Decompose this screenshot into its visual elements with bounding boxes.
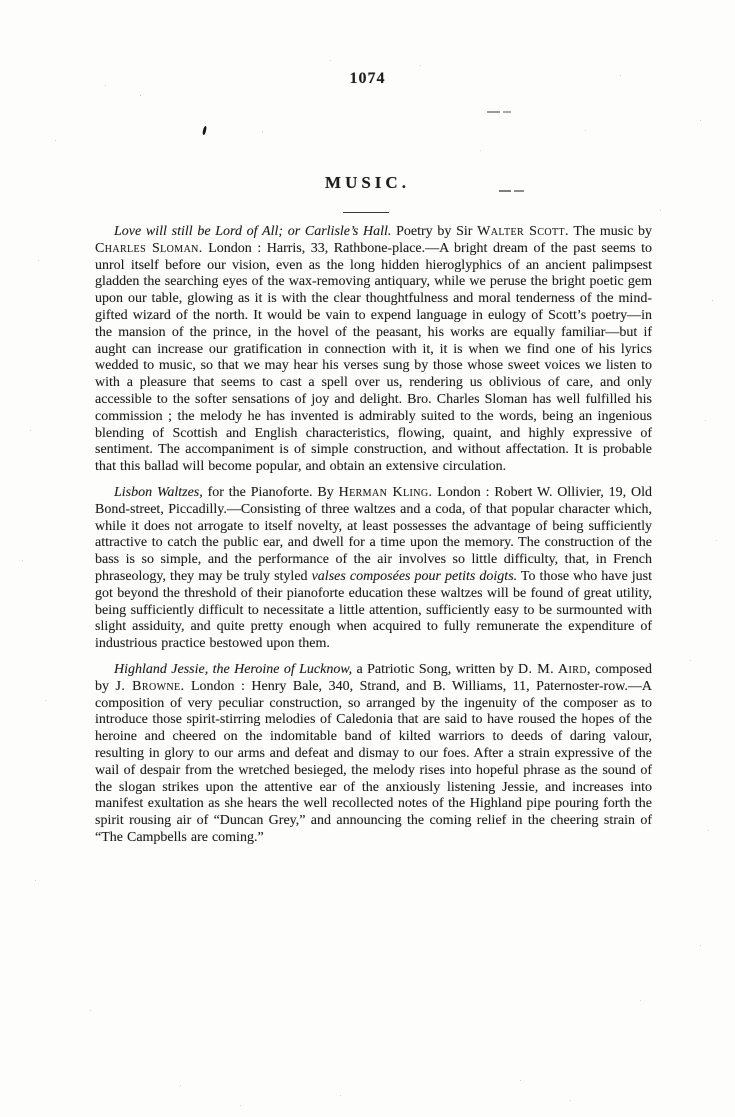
scan-artifact bbox=[487, 111, 500, 113]
page-number: 1074 bbox=[0, 70, 735, 88]
scanned-page: 1074 MUSIC. Love will still be Lord of A… bbox=[0, 0, 735, 1117]
text-segment: Poetry by Sir bbox=[391, 224, 477, 239]
text-segment: J. Browne. bbox=[116, 679, 185, 694]
text-segment: Highland Jessie, the Heroine of Lucknow, bbox=[114, 662, 352, 677]
text-segment: Charles Sloman. bbox=[95, 241, 203, 256]
text-segment: valses composées pour petits doigts. bbox=[312, 569, 518, 584]
heading-divider bbox=[343, 212, 389, 213]
text-segment: Walter Scott. bbox=[477, 224, 569, 239]
text-segment: Lisbon Waltzes, bbox=[114, 485, 203, 500]
text-segment: London : Henry Bale, 340, Strand, and B.… bbox=[95, 679, 652, 845]
scan-artifact bbox=[503, 111, 511, 113]
scan-noise bbox=[0, 0, 1, 1]
ink-speck bbox=[202, 126, 207, 135]
text-segment: London : Harris, 33, Rathbone-place.—A b… bbox=[95, 241, 652, 474]
text-segment: Herman Kling. bbox=[339, 485, 433, 500]
article-body: Love will still be Lord of All; or Carli… bbox=[95, 224, 652, 847]
review-paragraph: Love will still be Lord of All; or Carli… bbox=[95, 224, 652, 476]
text-segment: Love will still be Lord of All; or Carli… bbox=[114, 224, 391, 239]
text-segment: The music by bbox=[569, 224, 652, 239]
text-segment: a Patriotic Song, written by bbox=[352, 662, 518, 677]
review-paragraph: Lisbon Waltzes, for the Pianoforte. By H… bbox=[95, 485, 652, 653]
review-paragraph: Highland Jessie, the Heroine of Lucknow,… bbox=[95, 662, 652, 847]
text-segment: for the Pianoforte. By bbox=[203, 485, 339, 500]
text-segment: D. M. Aird, bbox=[518, 662, 591, 677]
section-heading: MUSIC. bbox=[0, 173, 735, 193]
